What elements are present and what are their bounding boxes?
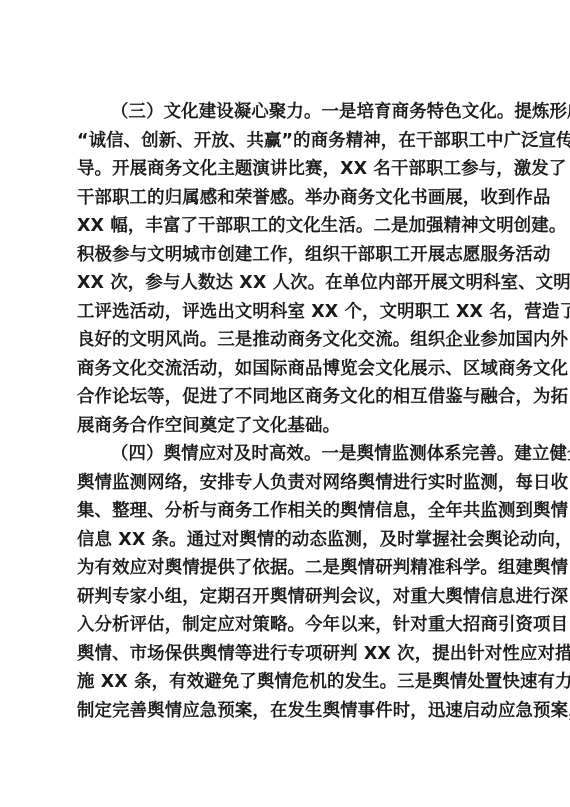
paragraph-culture-building: （三）文化建设凝心聚力。一是培育商务特色文化。提炼形成 “诚信、创新、开放、共赢… <box>77 98 499 440</box>
text-line: XX 次，参与人数达 XX 人次。在单位内部开展文明科室、文明职 <box>77 269 499 298</box>
text-line: （三）文化建设凝心聚力。一是培育商务特色文化。提炼形成 <box>77 98 499 127</box>
text-line: （四）舆情应对及时高效。一是舆情监测体系完善。建立健全 <box>77 440 499 469</box>
text-line: 舆情监测网络，安排专人负责对网络舆情进行实时监测，每日收 <box>77 469 499 498</box>
document-body: （三）文化建设凝心聚力。一是培育商务特色文化。提炼形成 “诚信、创新、开放、共赢… <box>77 98 499 725</box>
text-line: “诚信、创新、开放、共赢”的商务精神，在干部职工中广泛宣传倡 <box>77 127 499 156</box>
text-line: 商务文化交流活动，如国际商品博览会文化展示、区域商务文化 <box>77 355 499 384</box>
text-line: 合作论坛等，促进了不同地区商务文化的相互借鉴与融合，为拓 <box>77 383 499 412</box>
text-line: 良好的文明风尚。三是推动商务文化交流。组织企业参加国内外 <box>77 326 499 355</box>
text-line: 施 XX 条，有效避免了舆情危机的发生。三是舆情处置快速有力。 <box>77 668 499 697</box>
text-line: 信息 XX 条。通过对舆情的动态监测，及时掌握社会舆论动向， <box>77 526 499 555</box>
paragraph-public-opinion-response: （四）舆情应对及时高效。一是舆情监测体系完善。建立健全 舆情监测网络，安排专人负… <box>77 440 499 725</box>
text-line: 制定完善舆情应急预案，在发生舆情事件时，迅速启动应急预案， <box>77 697 499 726</box>
text-line: 舆情、市场保供舆情等进行专项研判 XX 次，提出针对性应对措 <box>77 640 499 669</box>
text-line: 集、整理、分析与商务工作相关的舆情信息，全年共监测到舆情 <box>77 497 499 526</box>
text-line: 导。开展商务文化主题演讲比赛，XX 名干部职工参与，激发了 <box>77 155 499 184</box>
text-line: 工评选活动，评选出文明科室 XX 个，文明职工 XX 名，营造了 <box>77 298 499 327</box>
text-line: 为有效应对舆情提供了依据。二是舆情研判精准科学。组建舆情 <box>77 554 499 583</box>
document-page: （三）文化建设凝心聚力。一是培育商务特色文化。提炼形成 “诚信、创新、开放、共赢… <box>0 0 570 807</box>
text-line: 积极参与文明城市创建工作，组织干部职工开展志愿服务活动 <box>77 241 499 270</box>
text-line: 研判专家小组，定期召开舆情研判会议，对重大舆情信息进行深 <box>77 583 499 612</box>
text-line: XX 幅，丰富了干部职工的文化生活。二是加强精神文明创建。 <box>77 212 499 241</box>
text-line: 干部职工的归属感和荣誉感。举办商务文化书画展，收到作品 <box>77 184 499 213</box>
text-line: 入分析评估，制定应对策略。今年以来，针对重大招商引资项目 <box>77 611 499 640</box>
text-line: 展商务合作空间奠定了文化基础。 <box>77 412 499 441</box>
